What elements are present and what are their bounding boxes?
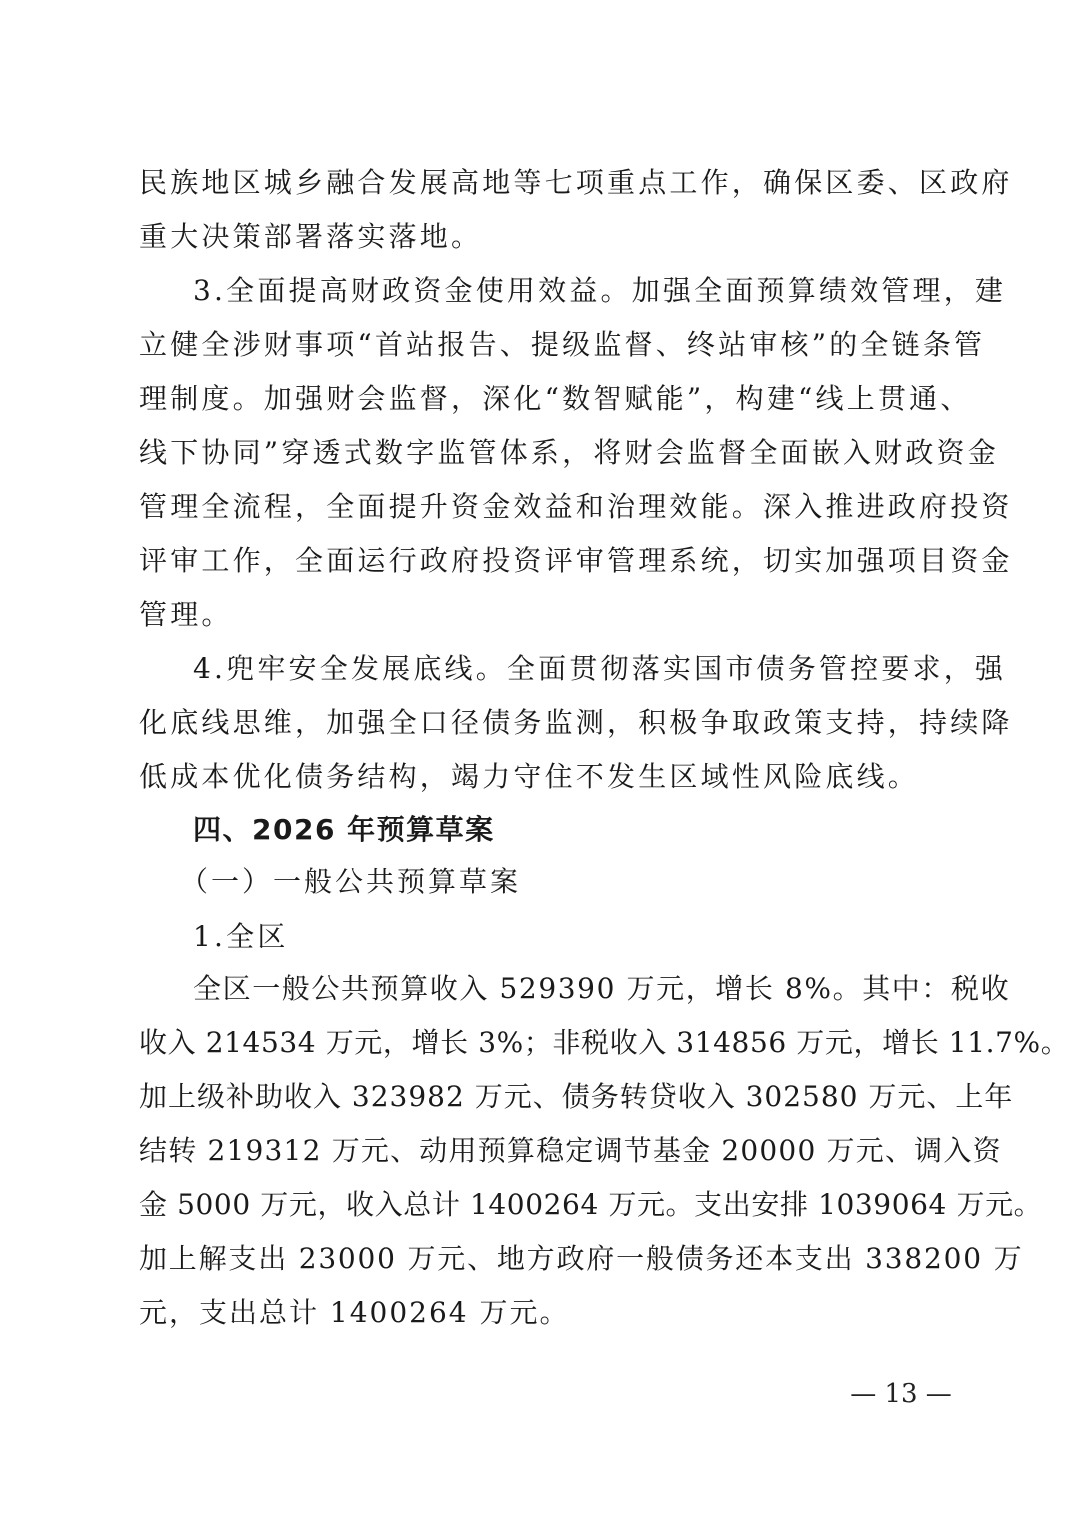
budget-line: 加上解支出 23000 万元、地方政府一般债务还本支出 338200 万 <box>139 1232 949 1286</box>
paragraph-line: 线下协同”穿透式数字监管体系，将财会监督全面嵌入财政资金 <box>139 426 949 480</box>
paragraph-line: 低成本优化债务结构，竭力守住不发生区域性风险底线。 <box>139 750 949 804</box>
document-page: 民族地区城乡融合发展高地等七项重点工作，确保区委、区政府 重大决策部署落实落地。… <box>0 0 1074 1520</box>
paragraph-line: 4.兜牢安全发展底线。全面贯彻落实国市债务管控要求，强 <box>193 642 949 696</box>
budget-line: 元，支出总计 1400264 万元。 <box>139 1286 949 1340</box>
paragraph-line: 化底线思维，加强全口径债务监测，积极争取政策支持，持续降 <box>139 696 949 750</box>
paragraph-line: 管理。 <box>139 588 949 642</box>
page-number: — 13 — <box>846 1376 956 1412</box>
section-heading: 四、2026 年预算草案 <box>193 803 949 857</box>
subsection-heading: （一）一般公共预算草案 <box>180 855 936 909</box>
budget-line: 全区一般公共预算收入 529390 万元，增长 8%。其中：税收 <box>193 962 949 1016</box>
budget-line: 加上级补助收入 323982 万元、债务转贷收入 302580 万元、上年 <box>139 1070 949 1124</box>
paragraph-line: 理制度。加强财会监督，深化“数智赋能”，构建“线上贯通、 <box>139 372 949 426</box>
paragraph-line: 立健全涉财事项“首站报告、提级监督、终站审核”的全链条管 <box>139 318 949 372</box>
item-heading: 1.全区 <box>193 910 949 964</box>
budget-line: 收入 214534 万元，增长 3%；非税收入 314856 万元，增长 11.… <box>139 1016 949 1070</box>
paragraph-line: 重大决策部署落实落地。 <box>139 210 949 264</box>
budget-line: 金 5000 万元，收入总计 1400264 万元。支出安排 1039064 万… <box>139 1178 949 1232</box>
paragraph-line: 3.全面提高财政资金使用效益。加强全面预算绩效管理，建 <box>193 264 949 318</box>
budget-line: 结转 219312 万元、动用预算稳定调节基金 20000 万元、调入资 <box>139 1124 949 1178</box>
paragraph-line: 民族地区城乡融合发展高地等七项重点工作，确保区委、区政府 <box>139 156 949 210</box>
paragraph-line: 评审工作，全面运行政府投资评审管理系统，切实加强项目资金 <box>139 534 949 588</box>
paragraph-line: 管理全流程，全面提升资金效益和治理效能。深入推进政府投资 <box>139 480 949 534</box>
